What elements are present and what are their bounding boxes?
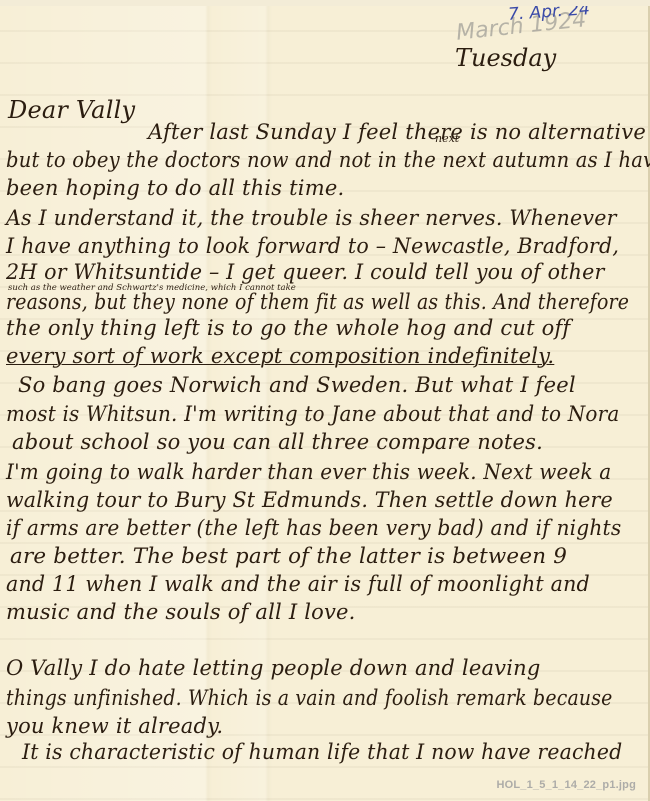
letter-line: most is Whitsun. I'm writing to Jane abo… — [6, 404, 619, 425]
letter-line: reasons, but they none of them fit as we… — [6, 292, 629, 313]
letter-line: So bang goes Norwich and Sweden. But wha… — [18, 375, 576, 396]
letter-line-underlined: every sort of work except composition in… — [6, 346, 554, 367]
letter-line: I'm going to walk harder than ever this … — [6, 462, 611, 483]
letter-line: 2H or Whitsuntide – I get queer. I could… — [6, 262, 605, 283]
letter-line: are better. The best part of the latter … — [10, 546, 567, 567]
salutation: Dear Vally — [8, 98, 135, 122]
letter-page: March 1924 7. Apr. 24 Tuesday Dear Vally… — [0, 0, 650, 801]
letter-line: After last Sunday I feel there is no alt… — [148, 122, 646, 143]
letter-line: and 11 when I walk and the air is full o… — [6, 574, 590, 595]
inserted-word: next — [435, 132, 459, 145]
letter-line: been hoping to do all this time. — [6, 178, 344, 199]
image-filename-watermark: HOL_1_5_1_14_22_p1.jpg — [496, 779, 636, 791]
letter-line: As I understand it, the trouble is sheer… — [6, 208, 617, 229]
letter-line: It is characteristic of human life that … — [22, 742, 622, 763]
letter-line: O Vally I do hate letting people down an… — [6, 658, 541, 679]
letter-weekday: Tuesday — [455, 44, 556, 72]
letter-line: about school so you can all three compar… — [12, 432, 543, 453]
letter-line: but to obey the doctors now and not in t… — [6, 150, 650, 171]
letter-line: you knew it already. — [6, 716, 223, 737]
letter-line: things unfinished. Which is a vain and f… — [6, 688, 613, 709]
letter-line: the only thing left is to go the whole h… — [6, 318, 570, 339]
letter-line: I have anything to look forward to – New… — [6, 236, 619, 257]
letter-line: music and the souls of all I love. — [6, 602, 356, 623]
letter-line: if arms are better (the left has been ve… — [6, 518, 621, 539]
letter-line: walking tour to Bury St Edmunds. Then se… — [6, 490, 613, 511]
